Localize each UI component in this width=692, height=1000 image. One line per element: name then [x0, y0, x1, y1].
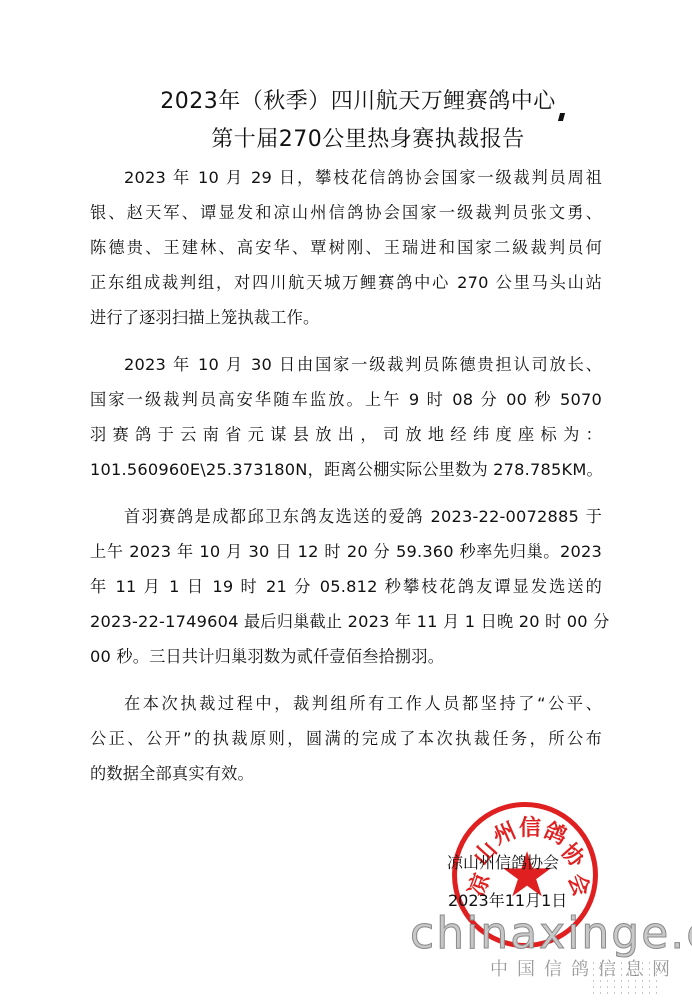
text-line: 正东组成裁判组，对四川航天城万鲤赛鸽中心 270 公里马头山站 [90, 265, 602, 300]
text-line: 年 11 月 1 日 19 时 21 分 05.812 秒攀枝花鸽友谭显发选送的 [90, 569, 602, 604]
issuing-organization: 凉山州信鸽协会 [447, 850, 559, 873]
text-line: 羽赛鸽于云南省元谋县放出，司放地经纬度座标为： [90, 417, 602, 452]
text-line: 的数据全部真实有效。 [90, 756, 602, 791]
report-title-line2: 第十届270公里热身赛执裁报告 [22, 122, 692, 153]
scan-mark [558, 113, 565, 121]
seal-char: 信 [519, 811, 541, 842]
text-line: 2023-22-1749604 最后归巢截止 2023 年 11 月 1 日晚 … [90, 604, 602, 639]
paragraph-referee-team: 2023 年 10 月 29 日，攀枝花信鸽协会国家一级裁判员周祖 银、赵天军、… [90, 160, 602, 335]
text-line: 首羽赛鸽是成都邱卫东鸽友选送的爱鸽 2023-22-0072885 于 [90, 499, 602, 534]
watermark-domain: chinaxinge.com [410, 908, 692, 959]
text-line: 00 秒。三日共计归巢羽数为贰仟壹佰叁拾捌羽。 [90, 639, 602, 674]
report-title-line1: 2023年（秋季）四川航天万鲤赛鸽中心 [12, 84, 692, 115]
text-line: 上午 2023 年 10 月 30 日 12 时 20 分 59.360 秒率先… [90, 534, 602, 569]
text-line: 在本次执裁过程中，裁判组所有工作人员都坚持了“公平、 [90, 686, 602, 721]
paragraph-release: 2023 年 10 月 30 日由国家一级裁判员陈德贵担认司放长、 国家一级裁判… [90, 347, 602, 487]
text-line: 2023 年 10 月 29 日，攀枝花信鸽协会国家一级裁判员周祖 [90, 160, 602, 195]
document-page: 2023年（秋季）四川航天万鲤赛鸽中心 第十届270公里热身赛执裁报告 2023… [0, 0, 692, 1000]
report-body: 2023 年 10 月 29 日，攀枝花信鸽协会国家一级裁判员周祖 银、赵天军、… [90, 160, 602, 803]
scan-noise [590, 960, 660, 995]
text-line: 2023 年 10 月 30 日由国家一级裁判员陈德贵担认司放长、 [90, 347, 602, 382]
text-line: 公正、公开”的执裁原则，圆满的完成了本次执裁任务，所公布 [90, 721, 602, 756]
text-line: 101.560960E\25.373180N，距离公棚实际公里数为 278.78… [90, 452, 602, 487]
text-line: 进行了逐羽扫描上笼执裁工作。 [90, 300, 602, 335]
paragraph-conclusion: 在本次执裁过程中，裁判组所有工作人员都坚持了“公平、 公正、公开”的执裁原则，圆… [90, 686, 602, 791]
text-line: 银、赵天军、谭显发和凉山州信鸽协会国家一级裁判员张文勇、 [90, 195, 602, 230]
text-line: 国家一级裁判员高安华随车监放。上午 9 时 08 分 00 秒 5070 [90, 382, 602, 417]
paragraph-arrivals: 首羽赛鸽是成都邱卫东鸽友选送的爱鸽 2023-22-0072885 于 上午 2… [90, 499, 602, 674]
text-line: 陈德贵、王建林、高安华、覃树刚、王瑞进和国家二級裁判员何 [90, 230, 602, 265]
